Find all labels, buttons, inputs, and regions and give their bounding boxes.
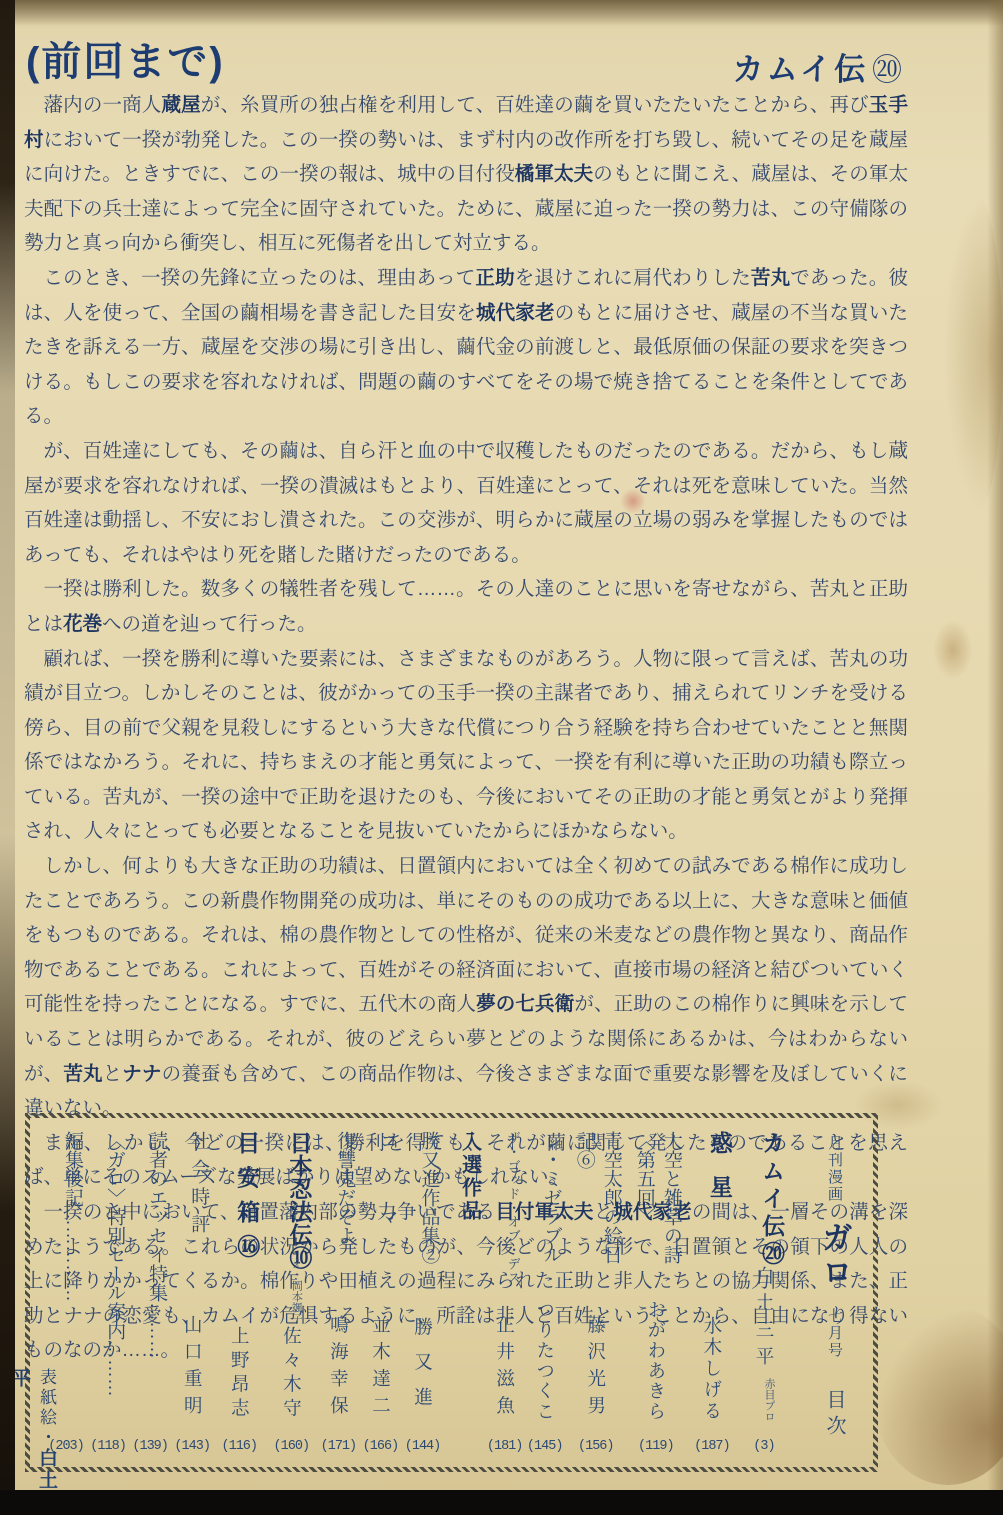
toc-entry: 復讐鬼だぞよ鳴海幸保(171): [318, 1131, 358, 1454]
toc-entry-page: (171): [321, 1439, 357, 1454]
toc-entry-page: (181): [487, 1439, 523, 1454]
author-name: 佐々木守: [278, 1326, 304, 1422]
author-name: 勝又進: [410, 1317, 436, 1422]
toc-entry-title: 〈ガロ〉特別セール案内………: [101, 1131, 128, 1454]
toc-entries: 月刊漫画 ガロ 七月号 目次 カムイ伝⑳赤目プロ白土三平(3)惑星水木しげる(1…: [46, 1131, 857, 1454]
toc-entry: 青空太郎の絵日記⑥藤沢光男(156): [567, 1131, 625, 1454]
toc-entry-page: (145): [527, 1439, 563, 1454]
toc-entry-title: 大空と雑草の詩〈第五回〉: [631, 1131, 685, 1271]
toc-entry-page: (156): [578, 1439, 614, 1454]
toc-entry-author: 佐々木守え・岡本颯子: [278, 1255, 304, 1422]
toc-entry: 社会時評山口重明(143): [172, 1131, 212, 1454]
paragraph: 藩内の一商人蔵屋が、糸買所の独占権を利用して、百姓達の繭を買いたたいたことから、…: [24, 88, 908, 261]
toc-entry-title: 入選作品: [456, 1131, 485, 1454]
toc-entry-page: (143): [174, 1439, 210, 1454]
author-note: え・岡本颯子: [278, 1255, 304, 1324]
author-name: おがわあきら: [643, 1300, 669, 1422]
toc-entry-author: 正井滋魚: [492, 1315, 518, 1422]
toc-entry-page: (166): [363, 1439, 399, 1454]
toc-entry-author: 水木しげる: [699, 1316, 725, 1422]
toc-entry-author: 勝又進: [410, 1317, 436, 1422]
toc-entry-title: 読者のエッセイ特集………: [143, 1131, 170, 1454]
author-name: 上野昂志: [226, 1326, 252, 1422]
paragraph: しかし、何よりも大きな正助の功績は、日置領内においては全く初めての試みである棉作…: [24, 849, 908, 1126]
paragraph: が、百姓達にしても、その繭は、自ら汗と血の中で収穫したものだったのである。だから…: [24, 434, 908, 572]
scanned-magazine-page: { "colors": {"ink": "#35496e", "ink_bold…: [0, 0, 1003, 1515]
toc-entry-page: (139): [132, 1439, 168, 1454]
toc-entry-page: (3): [753, 1439, 774, 1454]
toc-entry-author: 山口重明: [179, 1315, 205, 1422]
author-name: 正井滋魚: [492, 1315, 518, 1422]
toc-entry: カムイ伝⑳赤目プロ白土三平(3): [739, 1131, 789, 1454]
toc-entry-author: つりたつくこ: [532, 1300, 558, 1422]
toc-entry: コマ並木達二(166): [360, 1131, 400, 1454]
toc-entry-page: (118): [90, 1439, 126, 1454]
issue-label: 七月号: [826, 1308, 843, 1359]
page-top-shadow: [0, 0, 1003, 26]
author-name: つりたつくこ: [532, 1300, 558, 1422]
paper-stain: [933, 620, 973, 680]
toc-entry: 読者のエッセイ特集………(139): [130, 1131, 170, 1454]
binding-edge: [0, 0, 15, 1515]
recap-label: (前回まで): [26, 30, 225, 87]
episode-badge: ⑳: [872, 45, 905, 89]
toc-entry-page: (160): [274, 1439, 310, 1454]
magazine-name: ガロ: [817, 1221, 852, 1291]
toc-entry-author: 鳴海幸保: [325, 1315, 351, 1422]
author-note: 赤目プロ: [751, 1375, 777, 1422]
author-name: 水木しげる: [699, 1316, 725, 1422]
toc-entry-page: (116): [221, 1439, 257, 1454]
toc-entry-title: 編集後記……………: [59, 1131, 86, 1454]
toc-entry-author: 上野昂志: [226, 1326, 252, 1422]
toc-entry-author: おがわあきら: [643, 1300, 669, 1422]
paragraph: 顧れば、一揆を勝利に導いた要素には、さまざまなものがあろう。人物に限って言えば、…: [24, 642, 908, 850]
toc-box: 月刊漫画 ガロ 七月号 目次 カムイ伝⑳赤目プロ白土三平(3)惑星水木しげる(1…: [25, 1113, 878, 1472]
toc-entry: レ・ミゼラブルつりたつくこ(145): [525, 1131, 565, 1454]
toc-entry: 〈ガロ〉特別セール案内………(118): [88, 1131, 128, 1454]
toc-entry-page: (187): [694, 1439, 730, 1454]
series-title-text: カムイ伝: [733, 44, 868, 89]
page-right-shadow: [987, 0, 1003, 1515]
author-name: 藤沢光男: [583, 1315, 609, 1422]
toc-entry-title: 青空太郎の絵日記⑥: [571, 1131, 625, 1271]
toc-header-column: 月刊漫画 ガロ 七月号 目次: [791, 1131, 857, 1454]
paragraph: このとき、一揆の先鋒に立ったのは、理由あって正助を退けこれに肩代わりした苦丸であ…: [24, 261, 908, 434]
toc-entry-author: 赤目プロ白土三平: [751, 1266, 777, 1422]
toc-entry: 目安箱⑯上野昂志(116): [214, 1131, 264, 1454]
toc-entry: ザ・ゴッド・オブ・デス正井滋魚(181): [487, 1131, 523, 1454]
magazine-label: 月刊漫画: [826, 1135, 843, 1203]
toc-entry: 日本忍法伝⑩佐々木守え・岡本颯子(160): [266, 1131, 316, 1454]
page-bottom-edge: [0, 1490, 1003, 1515]
toc-entry: 勝又進作品集②勝又進(144): [403, 1131, 443, 1454]
toc-entry: 入選作品: [445, 1131, 485, 1454]
author-name: 鳴海幸保: [325, 1315, 351, 1422]
toc-entry-author: 藤沢光男: [583, 1315, 609, 1422]
toc-entry-page: (144): [405, 1439, 441, 1454]
page-header: (前回まで) カムイ伝⑳: [26, 30, 905, 89]
side-caption-prefix: 表紙絵・: [37, 1368, 56, 1448]
paragraph: 一揆は勝利した。数多くの犠牲者を残して……。その人達のことに思いを寄せながら、苦…: [24, 572, 908, 641]
toc-entry-author: 並木達二: [367, 1315, 393, 1422]
series-title: カムイ伝⑳: [733, 44, 905, 89]
author-name: 並木達二: [367, 1315, 393, 1422]
author-name: 白土三平: [751, 1266, 777, 1373]
contents-label: 目次: [823, 1389, 845, 1441]
toc-entry-page: (119): [638, 1439, 674, 1454]
author-name: 山口重明: [179, 1315, 205, 1422]
toc-entry: 惑星水木しげる(187): [687, 1131, 737, 1454]
toc-entry: 大空と雑草の詩〈第五回〉おがわあきら(119): [627, 1131, 685, 1454]
